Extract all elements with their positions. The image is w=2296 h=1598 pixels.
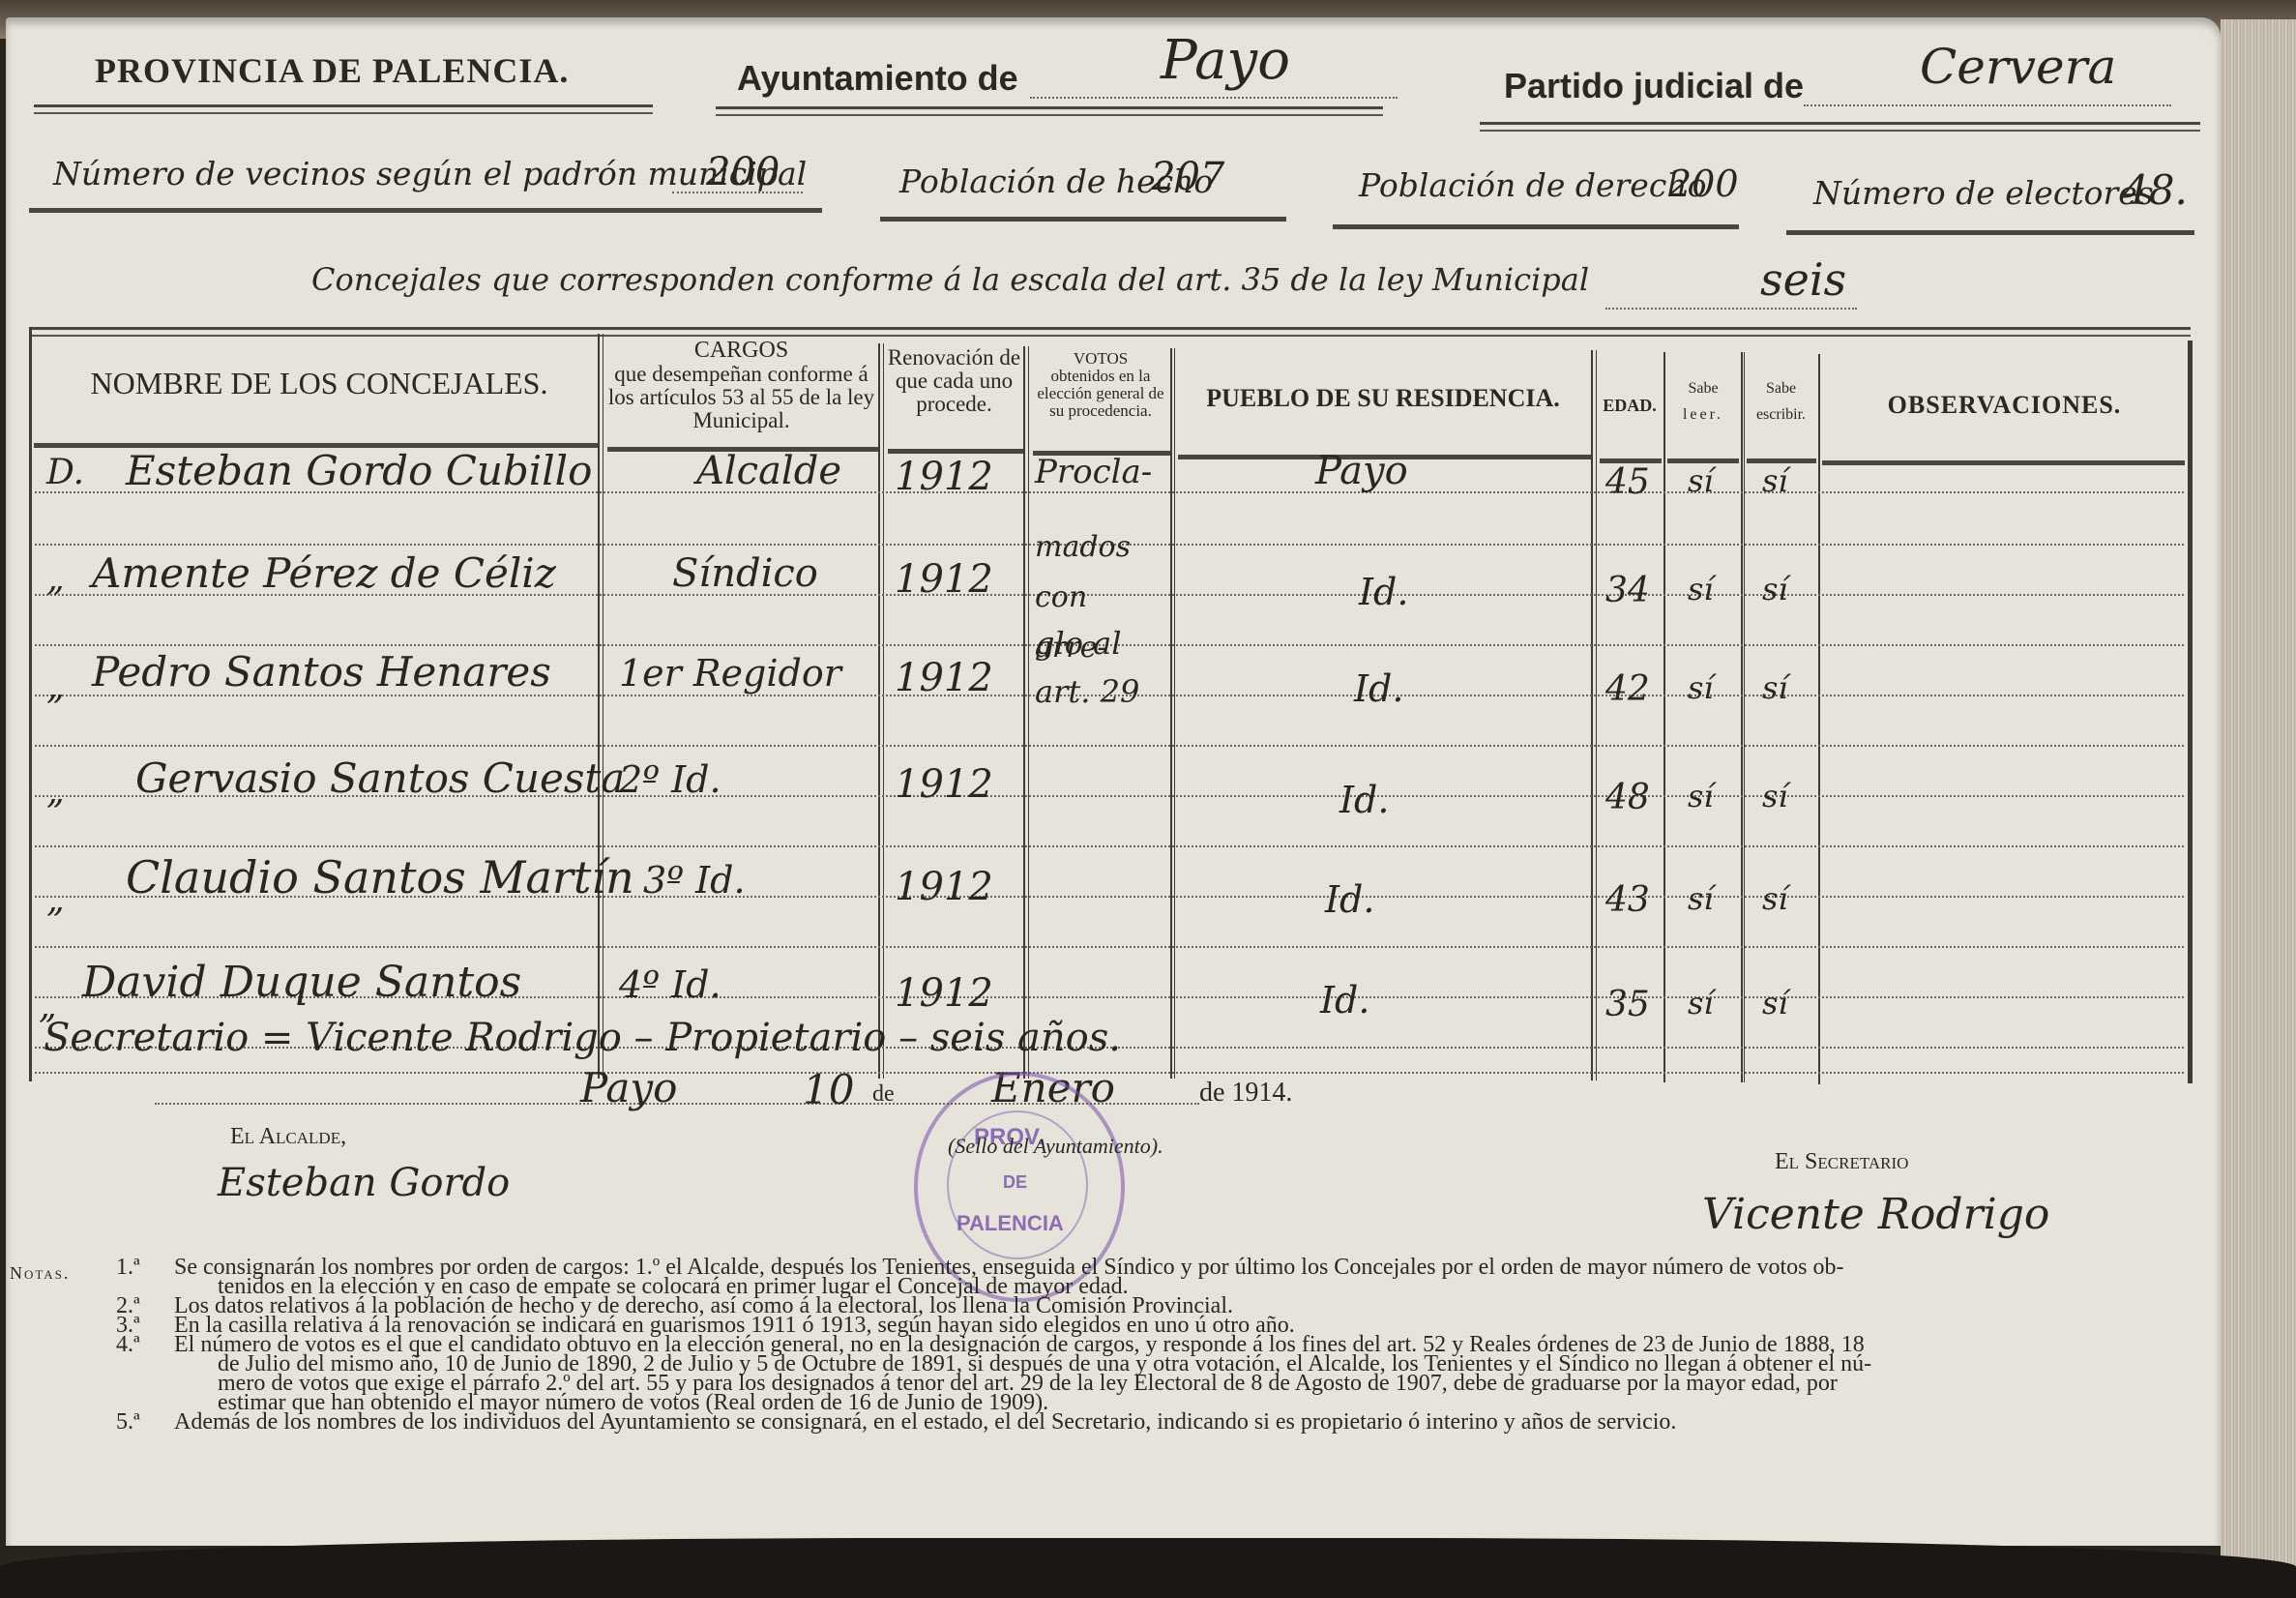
electores-label: Número de electores xyxy=(1813,174,2154,212)
row-prefix: „ xyxy=(46,880,65,920)
col-header-cargos: CARGOS que desempeñan conforme á los art… xyxy=(604,339,878,433)
ruled-line xyxy=(35,946,2184,948)
divider xyxy=(34,104,653,114)
divider xyxy=(29,208,822,213)
note-number: 5.ª xyxy=(116,1412,174,1432)
note-number: 4.ª xyxy=(116,1335,174,1412)
leer-bottom: leer. xyxy=(1665,407,1741,424)
col-divider xyxy=(878,343,880,1079)
col-divider xyxy=(598,334,600,1079)
electores-value: 48. xyxy=(2123,166,2188,214)
page-edges xyxy=(2221,19,2296,1598)
table-right-border xyxy=(2188,340,2193,1083)
concejal-nombre: Amente Pérez de Céliz xyxy=(92,549,556,597)
secretario-signature: Vicente Rodrigo xyxy=(1702,1190,2049,1239)
col-divider xyxy=(1170,348,1172,1079)
concejal-leer: sí xyxy=(1688,669,1714,706)
row-prefix: „ xyxy=(46,667,65,707)
partido-label: Partido judicial de xyxy=(1504,66,1804,106)
seal-line3: PALENCIA xyxy=(957,1211,1064,1236)
note-item: 4.ª El número de votos es el que el cand… xyxy=(116,1335,2186,1412)
col-header-observaciones: OBSERVACIONES. xyxy=(1823,392,2186,418)
concejal-pueblo: Id. xyxy=(1320,979,1369,1021)
concejal-pueblo: Id. xyxy=(1339,779,1389,821)
col-header-nombre: NOMBRE DE LOS CONCEJALES. xyxy=(87,368,551,400)
concejal-renovacion: 1912 xyxy=(895,455,993,499)
concejales-line xyxy=(1605,308,1857,310)
col-divider xyxy=(1591,350,1593,1080)
row-prefix: D. xyxy=(46,453,84,492)
col-divider xyxy=(1174,348,1175,1079)
derecho-label: Población de derecho xyxy=(1359,166,1706,204)
concejal-votos: glo al art. 29 xyxy=(1035,619,1165,716)
alcalde-signature: Esteban Gordo xyxy=(218,1161,510,1205)
col-header-escribir: Sabe escribir. xyxy=(1744,381,1818,424)
concejal-pueblo: Id. xyxy=(1325,878,1374,921)
concejal-pueblo: Payo xyxy=(1315,449,1408,493)
header-divider xyxy=(888,449,1023,454)
note-text: Además de los nombres de los individuos … xyxy=(174,1412,2186,1432)
concejal-nombre: Claudio Santos Martín xyxy=(126,851,634,903)
concejal-renovacion: 1912 xyxy=(895,865,993,909)
leer-top: Sabe xyxy=(1665,381,1741,398)
table-left-border xyxy=(29,327,32,1081)
note-item: 1.ª Se consignarán los nombres por orden… xyxy=(116,1258,2186,1296)
concejal-escribir: sí xyxy=(1762,462,1788,499)
vecinos-label: Número de vecinos según el padrón munici… xyxy=(53,155,807,192)
col-divider xyxy=(1741,352,1743,1082)
row-prefix: „ xyxy=(46,772,65,812)
concejal-nombre: Pedro Santos Henares xyxy=(92,648,551,695)
escribir-top: Sabe xyxy=(1744,381,1818,398)
col-divider xyxy=(1744,352,1745,1082)
votos-subtitle: obtenidos en la elección general de su p… xyxy=(1031,368,1170,420)
date-year: de 1914. xyxy=(1199,1078,1292,1109)
hecho-value: 207 xyxy=(1151,155,1224,199)
concejal-escribir: sí xyxy=(1762,778,1788,814)
concejal-edad: 48 xyxy=(1605,778,1650,817)
concejal-cargo: 2º Id. xyxy=(619,758,721,801)
header-divider xyxy=(1822,460,2185,465)
concejal-leer: sí xyxy=(1688,880,1714,917)
col-divider xyxy=(1596,350,1597,1080)
concejal-cargo: Alcalde xyxy=(696,449,841,493)
concejal-nombre: Gervasio Santos Cuesta xyxy=(135,755,625,802)
province-title: PROVINCIA DE PALENCIA. xyxy=(95,50,569,91)
concejal-edad: 34 xyxy=(1605,571,1650,610)
col-divider xyxy=(1818,354,1820,1084)
seal-caption: (Sello del Ayuntamiento). xyxy=(948,1134,1163,1159)
concejal-pueblo: Id. xyxy=(1359,571,1408,613)
concejal-edad: 35 xyxy=(1605,985,1650,1024)
col-divider xyxy=(1028,346,1029,1079)
concejal-edad: 42 xyxy=(1605,669,1650,709)
col-header-edad: EDAD. xyxy=(1596,397,1663,415)
derecho-value: 200 xyxy=(1668,163,1739,205)
escribir-bottom: escribir. xyxy=(1744,407,1818,424)
col-divider xyxy=(603,334,603,1079)
concejales-label: Concejales que corresponden conforme á l… xyxy=(311,261,1589,298)
date-de: de xyxy=(872,1081,895,1108)
note-item: 5.ª Además de los nombres de los individ… xyxy=(116,1412,2186,1432)
concejal-cargo: Síndico xyxy=(672,551,818,596)
concejal-escribir: sí xyxy=(1762,985,1788,1021)
divider xyxy=(880,217,1286,222)
concejal-leer: sí xyxy=(1688,462,1714,499)
divider xyxy=(1480,122,2200,132)
concejal-edad: 45 xyxy=(1605,462,1650,502)
col-header-votos: VOTOS obtenidos en la elección general d… xyxy=(1031,350,1170,419)
col-header-leer: Sabe leer. xyxy=(1665,381,1741,424)
concejal-renovacion: 1912 xyxy=(895,557,993,602)
note-number: 1.ª xyxy=(116,1258,174,1296)
secretario-row: Secretario = Vicente Rodrigo – Propietar… xyxy=(44,1016,1121,1060)
row-prefix: „ xyxy=(46,559,65,599)
vecinos-value: 200 xyxy=(706,150,780,194)
concejal-escribir: sí xyxy=(1762,880,1788,917)
ruled-line xyxy=(35,745,2184,747)
book-bottom-shadow xyxy=(0,1538,2296,1598)
ayuntamiento-line xyxy=(1030,97,1398,99)
seal-line2: DE xyxy=(1003,1172,1027,1193)
concejal-leer: sí xyxy=(1688,778,1714,814)
concejal-renovacion: 1912 xyxy=(895,656,993,700)
divider xyxy=(716,106,1383,116)
concejal-cargo: 4º Id. xyxy=(619,963,721,1006)
col-divider xyxy=(883,343,884,1079)
partido-value: Cervera xyxy=(1920,39,2116,95)
notes-label: Notas. xyxy=(10,1263,70,1284)
divider xyxy=(1786,230,2194,235)
concejal-leer: sí xyxy=(1688,571,1714,607)
concejal-votos: Procla- xyxy=(1035,453,1152,491)
cargos-subtitle: que desempeñan conforme á los artículos … xyxy=(604,363,878,432)
concejal-cargo: 3º Id. xyxy=(643,859,746,902)
concejal-edad: 43 xyxy=(1605,880,1650,920)
col-divider xyxy=(1663,352,1665,1082)
concejal-pueblo: Id. xyxy=(1354,667,1403,710)
alcalde-label: El Alcalde, xyxy=(230,1124,346,1150)
concejal-cargo: 1er Regidor xyxy=(619,652,841,695)
date-place: Payo xyxy=(580,1064,677,1111)
col-header-renovacion: Renovación de que cada uno procede. xyxy=(885,346,1023,416)
table-top-border xyxy=(29,327,2191,337)
ruled-line xyxy=(35,845,2184,847)
concejal-nombre: David Duque Santos xyxy=(82,958,521,1007)
concejal-escribir: sí xyxy=(1762,669,1788,706)
concejal-escribir: sí xyxy=(1762,571,1788,607)
divider xyxy=(1333,224,1739,229)
secretario-label: El Secretario xyxy=(1775,1149,1908,1175)
concejales-value: seis xyxy=(1760,253,1846,306)
col-divider xyxy=(1023,346,1025,1079)
col-header-pueblo: PUEBLO DE SU RESIDENCIA. xyxy=(1180,385,1586,411)
concejal-renovacion: 1912 xyxy=(895,971,993,1016)
concejal-renovacion: 1912 xyxy=(895,762,993,807)
cargos-title: CARGOS xyxy=(604,339,878,363)
ayuntamiento-label: Ayuntamiento de xyxy=(737,58,1018,99)
date-day: 10 xyxy=(803,1066,854,1113)
ayuntamiento-value: Payo xyxy=(1161,29,1290,92)
concejal-leer: sí xyxy=(1688,985,1714,1021)
partido-line xyxy=(1804,104,2171,106)
concejal-nombre: Esteban Gordo Cubillo xyxy=(126,447,592,494)
votos-title: VOTOS xyxy=(1031,350,1170,368)
notes-list: 1.ª Se consignarán los nombres por orden… xyxy=(116,1258,2186,1432)
